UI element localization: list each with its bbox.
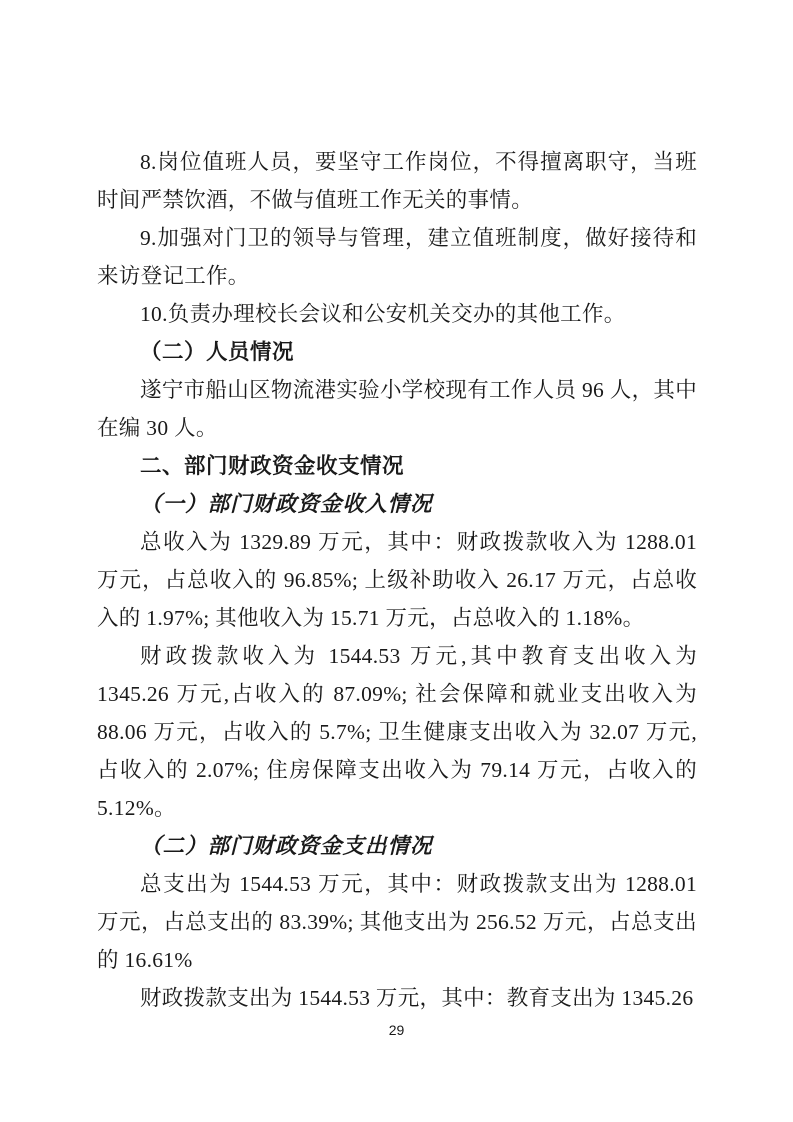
heading-expenditure: （二）部门财政资金支出情况 xyxy=(97,827,697,865)
document-page: 8.岗位值班人员，要坚守工作岗位，不得擅离职守，当班时间严禁饮酒，不做与值班工作… xyxy=(0,0,793,1122)
paragraph-item-10: 10.负责办理校长会议和公安机关交办的其他工作。 xyxy=(97,295,697,333)
paragraph-personnel: 遂宁市船山区物流港实验小学校现有工作人员 96 人，其中在编 30 人。 xyxy=(97,371,697,447)
paragraph-fiscal-expenditure: 财政拨款支出为 1544.53 万元，其中：教育支出为 1345.26 xyxy=(97,979,697,1017)
paragraph-total-expenditure: 总支出为 1544.53 万元，其中：财政拨款支出为 1288.01 万元，占总… xyxy=(97,865,697,979)
document-body: 8.岗位值班人员，要坚守工作岗位，不得擅离职守，当班时间严禁饮酒，不做与值班工作… xyxy=(97,143,697,1017)
paragraph-item-8: 8.岗位值班人员，要坚守工作岗位，不得擅离职守，当班时间严禁饮酒，不做与值班工作… xyxy=(97,143,697,219)
page-number: 29 xyxy=(0,1022,793,1038)
heading-personnel: （二）人员情况 xyxy=(97,333,697,371)
paragraph-item-9: 9.加强对门卫的领导与管理，建立值班制度，做好接待和来访登记工作。 xyxy=(97,219,697,295)
paragraph-total-income: 总收入为 1329.89 万元，其中：财政拨款收入为 1288.01 万元，占总… xyxy=(97,523,697,637)
heading-section-2: 二、部门财政资金收支情况 xyxy=(97,447,697,485)
paragraph-fiscal-income: 财政拨款收入为 1544.53 万元,其中教育支出收入为 1345.26 万元,… xyxy=(97,637,697,827)
heading-income: （一）部门财政资金收入情况 xyxy=(97,485,697,523)
